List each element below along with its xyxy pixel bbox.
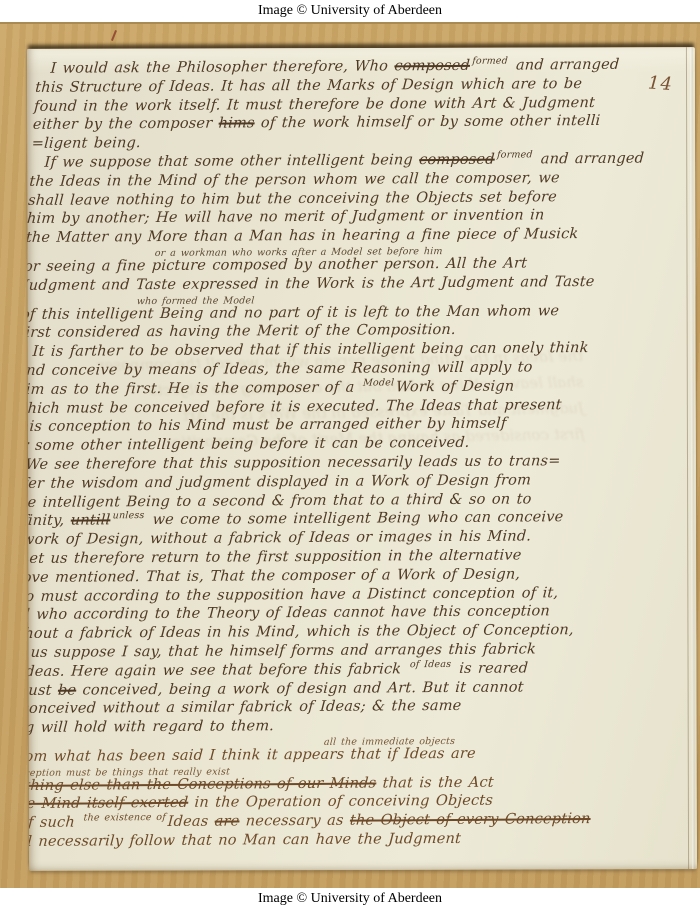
- struck-text: hims: [218, 116, 255, 132]
- manuscript-text: of conception must be things that really…: [27, 766, 230, 779]
- page-crease-highlight: [690, 47, 695, 869]
- inserted-text: Model: [363, 377, 395, 388]
- manuscript-text-block: I would ask the Philosopher therefore, W…: [27, 56, 677, 853]
- manuscript-text: and if such: [27, 815, 82, 832]
- manuscript-text: infinity,: [27, 513, 71, 529]
- manuscript-text: Ideas: [167, 814, 215, 830]
- manuscript-text: and who according to the Theory of Ideas…: [27, 604, 550, 624]
- manuscript-text: of the work himself or by some other int…: [254, 113, 601, 131]
- manuscript-text: and arranged: [534, 151, 645, 168]
- manuscript-text: Let us therefore return to the first sup…: [27, 547, 522, 567]
- manuscript-text: all the immediate objects: [324, 736, 456, 748]
- manuscript-text: which must be conceived before it is exe…: [27, 397, 562, 417]
- manuscript-text: this conception to his Mind must be arra…: [27, 416, 507, 435]
- inserted-text: formed: [472, 56, 508, 67]
- manuscript-text: him by another; He will have no merit of…: [27, 208, 545, 228]
- manuscript-text: found in the work itself. It must theref…: [34, 95, 596, 115]
- manuscript-text: first considered as having the Merit of …: [27, 322, 456, 341]
- manuscript-text: thing will hold with regard to them.: [27, 718, 275, 736]
- manuscript-text: If we suppose that some other intelligen…: [44, 152, 420, 171]
- manuscript-line: it will necessarily follow that no Man c…: [27, 830, 628, 853]
- manuscript-text: that is the Act: [376, 774, 495, 791]
- copyright-text: Image © University of Aberdeen: [258, 3, 442, 19]
- struck-text: untill: [70, 513, 111, 529]
- manuscript-text: it must: [27, 682, 59, 698]
- manuscript-text: or some other intelligent being before i…: [27, 435, 470, 454]
- manuscript-text: either by the composer: [32, 116, 219, 133]
- top-copyright-banner: Image © University of Aberdeen: [0, 0, 700, 22]
- manuscript-text: we come to some intelligent Being who ca…: [146, 510, 564, 529]
- inserted-text: unless: [112, 510, 145, 521]
- bottom-copyright-banner: Image © University of Aberdeen: [0, 888, 700, 910]
- manuscript-text: this Structure of Ideas. It has all the …: [35, 76, 583, 96]
- manuscript-text: necessary as: [239, 813, 351, 830]
- manuscript-text: I would ask the Philosopher therefore, W…: [50, 58, 395, 76]
- manuscript-text: It is farther to be observed that if thi…: [32, 340, 589, 360]
- struck-text: the Object of every Conception: [349, 811, 591, 829]
- scan-background: the Ideas in the Mind of the person whom…: [0, 22, 700, 890]
- inserted-text: the existence of: [83, 812, 166, 824]
- manuscript-text: or a workman who works after a Model set…: [154, 246, 443, 259]
- manuscript-text: above mentioned. That is, That the compo…: [27, 566, 521, 586]
- manuscript-text: the Matter any More than a Man has in he…: [27, 226, 579, 246]
- manuscript-text: him as to the first. He is the composer …: [27, 379, 361, 397]
- page-crease: [686, 47, 689, 869]
- struck-text: of the Mind itself exerted: [27, 795, 189, 812]
- manuscript-text: and conceive by means of Ideas, the same…: [27, 359, 533, 379]
- struck-text: composed: [419, 152, 496, 169]
- manuscript-text: =ligent being.: [31, 135, 141, 152]
- struck-text: composed: [394, 58, 471, 75]
- manuscript-text: Work of Design: [395, 378, 514, 395]
- inserted-text: formed: [497, 149, 533, 160]
- manuscript-text: conceived, being a work of design and Ar…: [76, 679, 524, 698]
- manuscript-text: who must according to the supposition ha…: [27, 585, 559, 605]
- manuscript-text: Let us suppose I say, that he himself fo…: [27, 641, 537, 661]
- manuscript-text: of Ideas. Here again we see that before …: [27, 661, 408, 680]
- manuscript-text: We see therefore that this supposition n…: [27, 453, 561, 473]
- inserted-text: of Ideas: [410, 659, 452, 670]
- struck-text: are: [214, 814, 240, 830]
- manuscript-text: Judgment and Taste expressed in the Work…: [27, 274, 595, 294]
- manuscript-text: without a fabrick of Ideas in his Mind, …: [27, 622, 574, 642]
- manuscript-text: shall leave nothing to him but the conce…: [28, 189, 558, 209]
- manuscript-text: in the Operation of conceiving Objects: [188, 793, 494, 811]
- manuscript-text: be conceived without a similar fabrick o…: [27, 698, 462, 717]
- manuscript-text: a work of Design, without a fabrick of I…: [27, 529, 532, 549]
- manuscript-text: =fer the wisdom and judgment displayed i…: [27, 472, 532, 492]
- struck-text: be: [57, 682, 76, 698]
- manuscript-text: and arranged: [509, 57, 620, 74]
- copyright-text: Image © University of Aberdeen: [258, 891, 442, 907]
- manuscript-text: it will necessarily follow that no Man c…: [27, 831, 462, 850]
- manuscript-text: who formed the Model: [136, 295, 254, 307]
- mount-ink-mark: [111, 30, 117, 41]
- manuscript-text: the Ideas in the Mind of the person whom…: [29, 170, 560, 190]
- manuscript-text: one intelligent Being to a second & from…: [27, 491, 532, 511]
- manuscript-text: is reared: [452, 660, 528, 677]
- manuscript-text: From what has been said I think it appea…: [27, 746, 476, 765]
- manuscript-page: the Ideas in the Mind of the person whom…: [27, 47, 697, 871]
